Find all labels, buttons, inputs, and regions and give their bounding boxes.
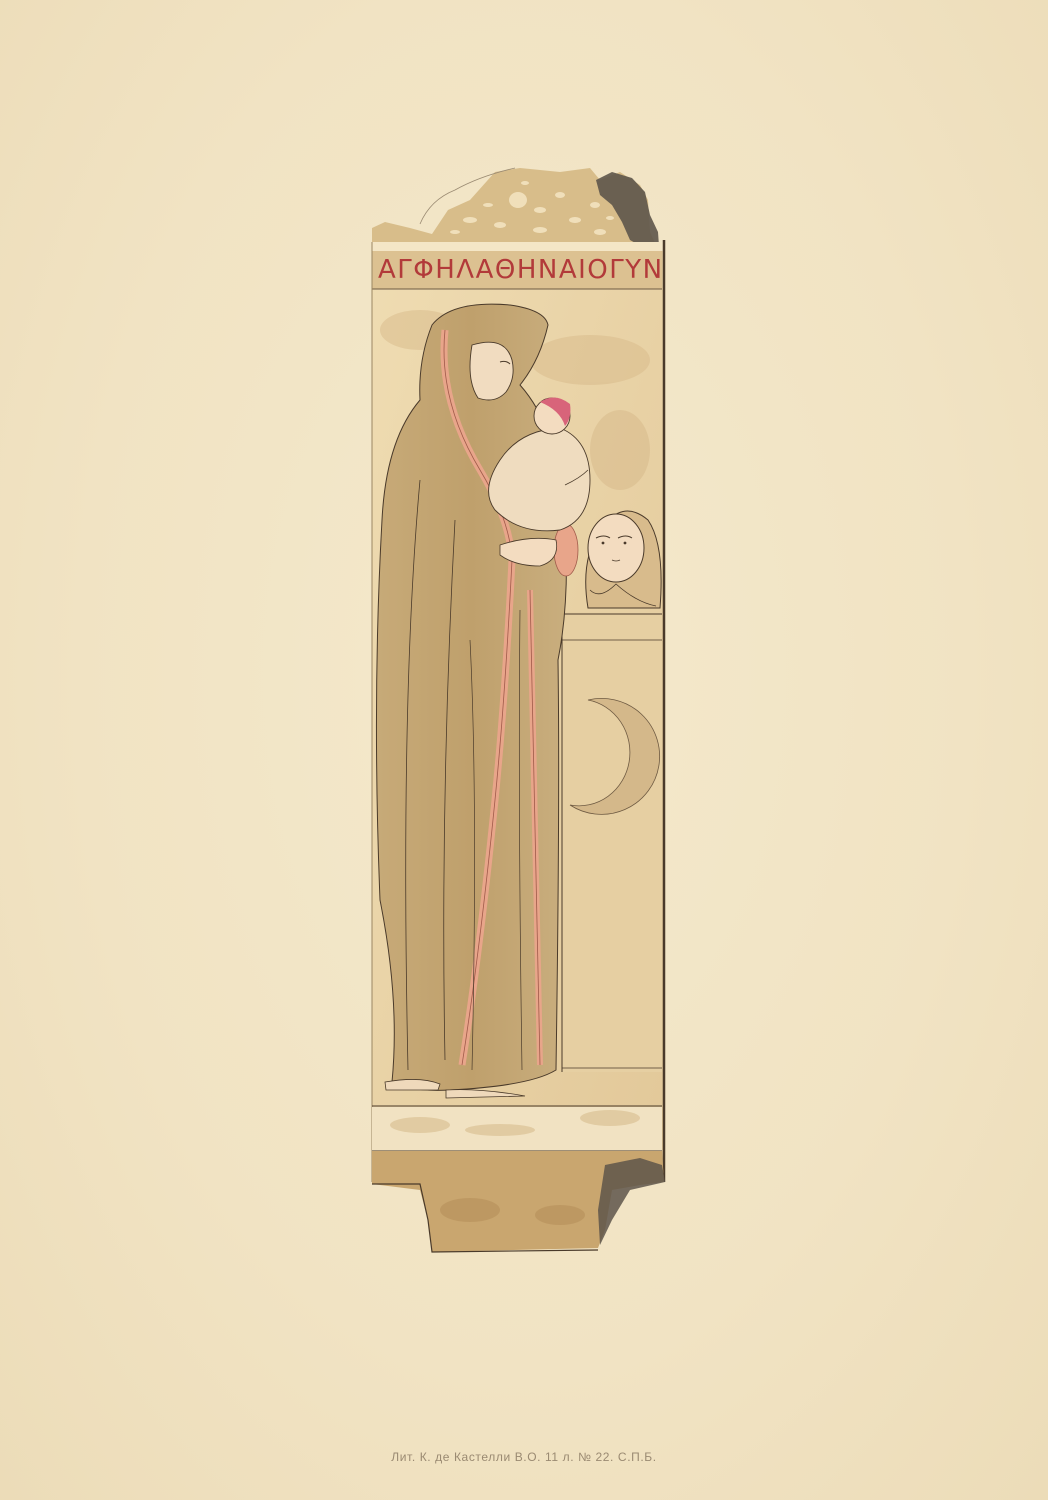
base-fragment bbox=[372, 1151, 665, 1252]
lithographer-caption: Лит. К. де Кастелли В.О. 11 л. № 22. С.П… bbox=[0, 1450, 1048, 1464]
greek-inscription: ΑΓΦΗΛΑΘΗΝΑΙΟΓΥΝ bbox=[374, 252, 668, 288]
child-bust bbox=[586, 511, 661, 608]
stele-illustration bbox=[0, 0, 1048, 1500]
pillar bbox=[560, 612, 662, 1072]
